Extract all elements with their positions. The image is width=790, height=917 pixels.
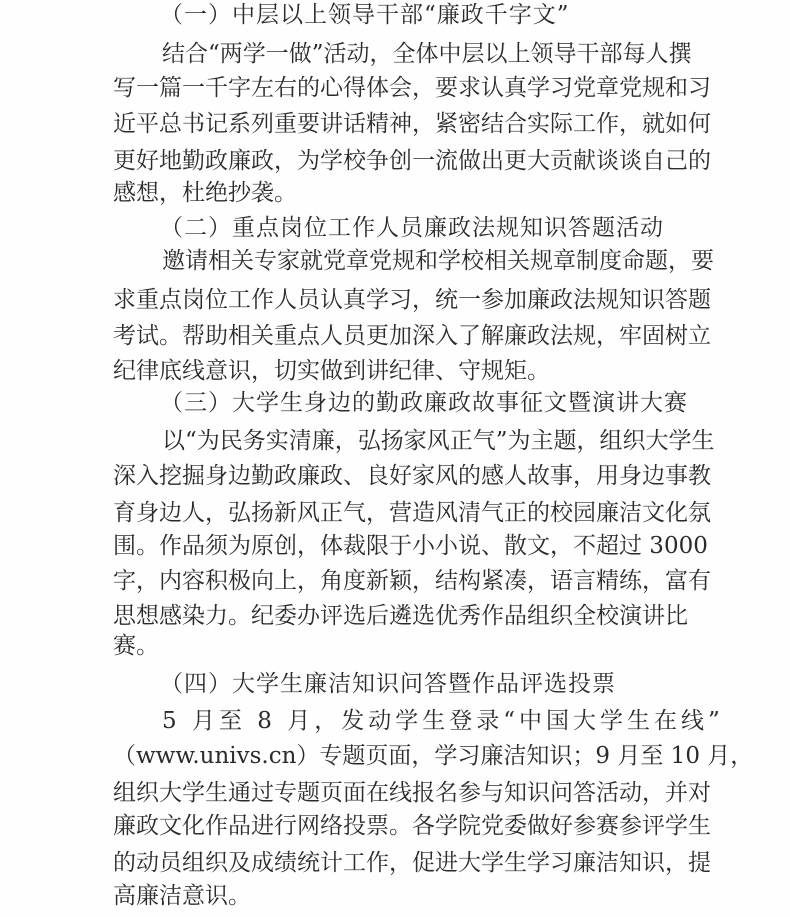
section-heading-2: （二）重点岗位工作人员廉政法规知识答题活动 <box>160 213 664 243</box>
paragraph-line: 深入挖掘身边勤政廉政、良好家风的感人故事，用身边事教 <box>113 461 662 491</box>
paragraph-line: 写一篇一千字左右的心得体会，要求认真学习党章党规和习 <box>113 73 662 103</box>
paragraph-line: 育身边人，弘扬新风正气，营造风清气正的校园廉洁文化氛 <box>113 498 662 528</box>
paragraph-line: 以“为民务实清廉，弘扬家风正气”为主题，组织大学生 <box>162 426 662 456</box>
paragraph-line: 考试。帮助相关重点人员更加深入了解廉政法规，牢固树立 <box>113 321 662 351</box>
paragraph-line: 邀请相关专家就党章党规和学校相关规章制度命题，要 <box>162 246 662 276</box>
section-heading-1: （一）中层以上领导干部“廉政千字文” <box>160 0 570 30</box>
paragraph-line: 思想感染力。纪委办评选后遴选优秀作品组织全校演讲比 <box>113 601 662 631</box>
paragraph-line: 字，内容积极向上，角度新颖，结构紧凑，语言精练，富有 <box>113 566 662 596</box>
paragraph-line: 的动员组织及成绩统计工作，促进大学生学习廉洁知识，提 <box>113 848 662 878</box>
paragraph-line: 赛。 <box>113 631 662 661</box>
paragraph-line: 更好地勤政廉政，为学校争创一流做出更大贡献谈谈自己的 <box>113 146 662 176</box>
paragraph-line: 5 月至 8 月，发动学生登录“中国大学生在线” <box>162 706 662 736</box>
paragraph-line: 求重点岗位工作人员认真学习，统一参加廉政法规知识答题 <box>113 285 662 315</box>
paragraph-line: 高廉洁意识。 <box>113 881 662 911</box>
paragraph-line: 近平总书记系列重要讲话精神，紧密结合实际工作，就如何 <box>113 109 662 139</box>
paragraph-line: （www.univs.cn）专题页面，学习廉洁知识；9 月至 10 月， <box>113 741 662 771</box>
paragraph-line: 廉政文化作品进行网络投票。各学院党委做好参赛参评学生 <box>113 811 662 841</box>
paragraph-line: 纪律底线意识，切实做到讲纪律、守规矩。 <box>113 356 662 386</box>
paragraph-line: 组织大学生通过专题页面在线报名参与知识问答活动，并对 <box>113 778 662 808</box>
section-heading-4: （四）大学生廉洁知识问答暨作品评选投票 <box>160 669 616 699</box>
document-page: （一）中层以上领导干部“廉政千字文” 结合“两学一做”活动，全体中层以上领导干部… <box>0 0 790 917</box>
section-heading-3: （三）大学生身边的勤政廉政故事征文暨演讲大赛 <box>160 388 688 418</box>
paragraph-line: 感想，杜绝抄袭。 <box>113 178 662 208</box>
paragraph-line: 结合“两学一做”活动，全体中层以上领导干部每人撰 <box>162 39 662 69</box>
paragraph-line: 围。作品须为原创，体裁限于小小说、散文，不超过 3000 <box>113 531 662 561</box>
